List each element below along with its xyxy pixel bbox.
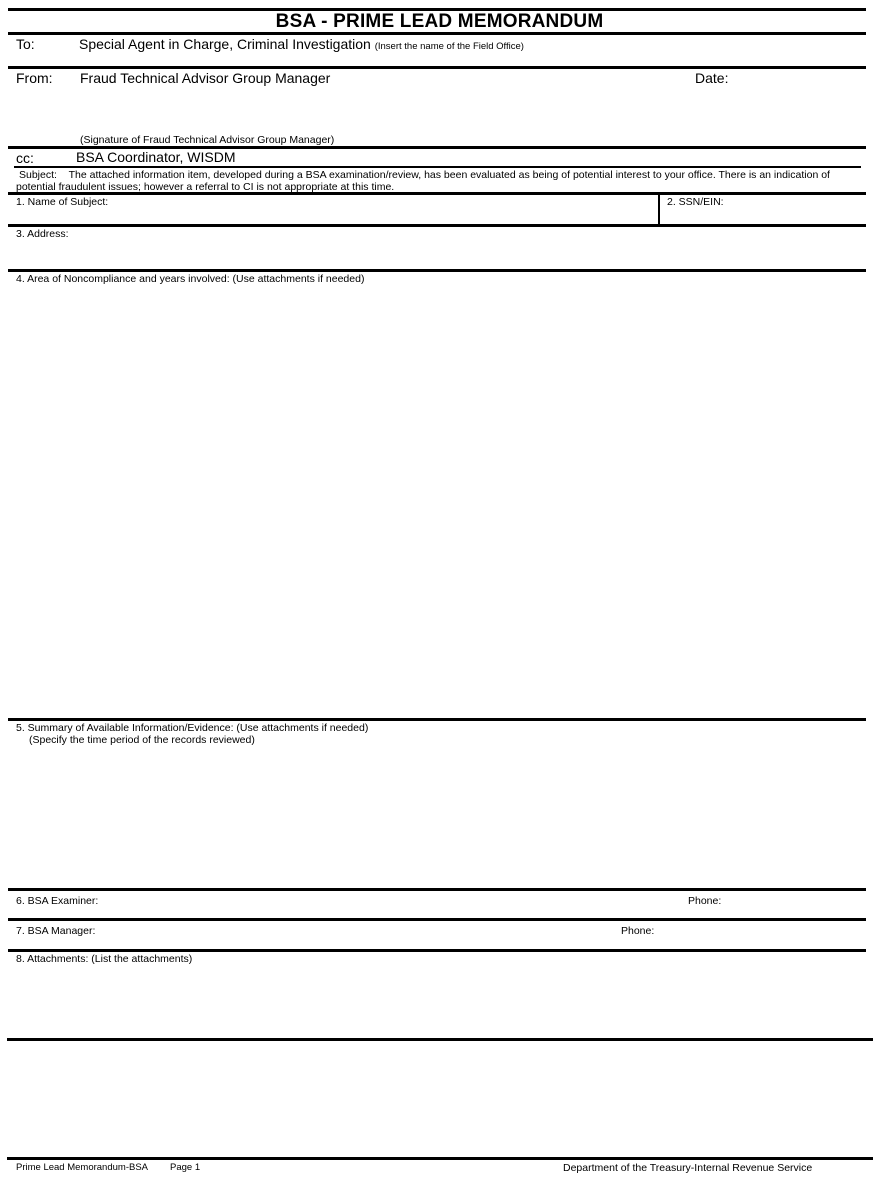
noncompliance-field[interactable] [14,288,864,716]
examiner-phone-field[interactable] [725,892,863,916]
page-title: BSA - PRIME LEAD MEMORANDUM [0,12,879,31]
bsa-examiner-field[interactable] [105,892,675,916]
noncompliance-rule [8,718,866,721]
manager-phone-label: Phone: [621,926,654,937]
manager-rule [8,949,866,952]
subject-text-1: The attached information item, developed… [69,169,830,181]
summary-rule [8,888,866,891]
footer-agency: Department of the Treasury-Internal Reve… [563,1163,812,1174]
attachments-field[interactable] [14,968,864,1036]
cc-label: cc: [16,151,34,165]
attachments-rule [7,1038,873,1041]
from-value: Fraud Technical Advisor Group Manager [80,71,330,85]
title-rule [8,32,866,35]
summary-label: 5. Summary of Available Information/Evid… [16,723,368,734]
ssn-ein-label: 2. SSN/EIN: [667,197,724,208]
footer-page-number: Page 1 [170,1163,200,1173]
examiner-rule [8,918,866,921]
manager-phone-field[interactable] [658,922,863,946]
to-value: Special Agent in Charge, Criminal Invest… [79,37,524,52]
subject-label: Subject: [19,169,57,181]
signature-note: (Signature of Fraud Technical Advisor Gr… [80,135,334,146]
to-field[interactable] [540,36,860,64]
subject-rule [8,192,866,195]
noncompliance-label: 4. Area of Noncompliance and years invol… [16,274,364,285]
subject-line1: Subject: The attached information item, … [19,170,830,181]
summary-sublabel: (Specify the time period of the records … [29,735,255,746]
date-label: Date: [695,71,728,85]
bsa-manager-label: 7. BSA Manager: [16,926,95,937]
signature-field[interactable] [80,92,680,132]
address-field[interactable] [14,241,864,267]
date-field[interactable] [735,68,863,92]
ssn-ein-field[interactable] [665,208,861,222]
ssn-divider [658,194,660,225]
bsa-manager-field[interactable] [102,922,612,946]
name-of-subject-field[interactable] [14,208,654,222]
examiner-phone-label: Phone: [688,896,721,907]
address-rule [8,269,866,272]
name-of-subject-label: 1. Name of Subject: [16,197,108,208]
subject-line2: potential fraudulent issues; however a r… [16,182,394,193]
row1-rule [8,224,866,227]
footer-form-name: Prime Lead Memorandum-BSA [16,1163,148,1173]
to-recipient: Special Agent in Charge, Criminal Invest… [79,36,371,52]
footer-rule [7,1157,873,1160]
to-label: To: [16,37,35,51]
from-label: From: [16,71,53,85]
cc-rule [14,166,861,168]
cc-value: BSA Coordinator, WISDM [76,150,236,164]
bsa-examiner-label: 6. BSA Examiner: [16,896,98,907]
address-label: 3. Address: [16,229,69,240]
to-note: (Insert the name of the Field Office) [375,41,524,52]
summary-field[interactable] [14,750,864,886]
attachments-label: 8. Attachments: (List the attachments) [16,954,192,965]
